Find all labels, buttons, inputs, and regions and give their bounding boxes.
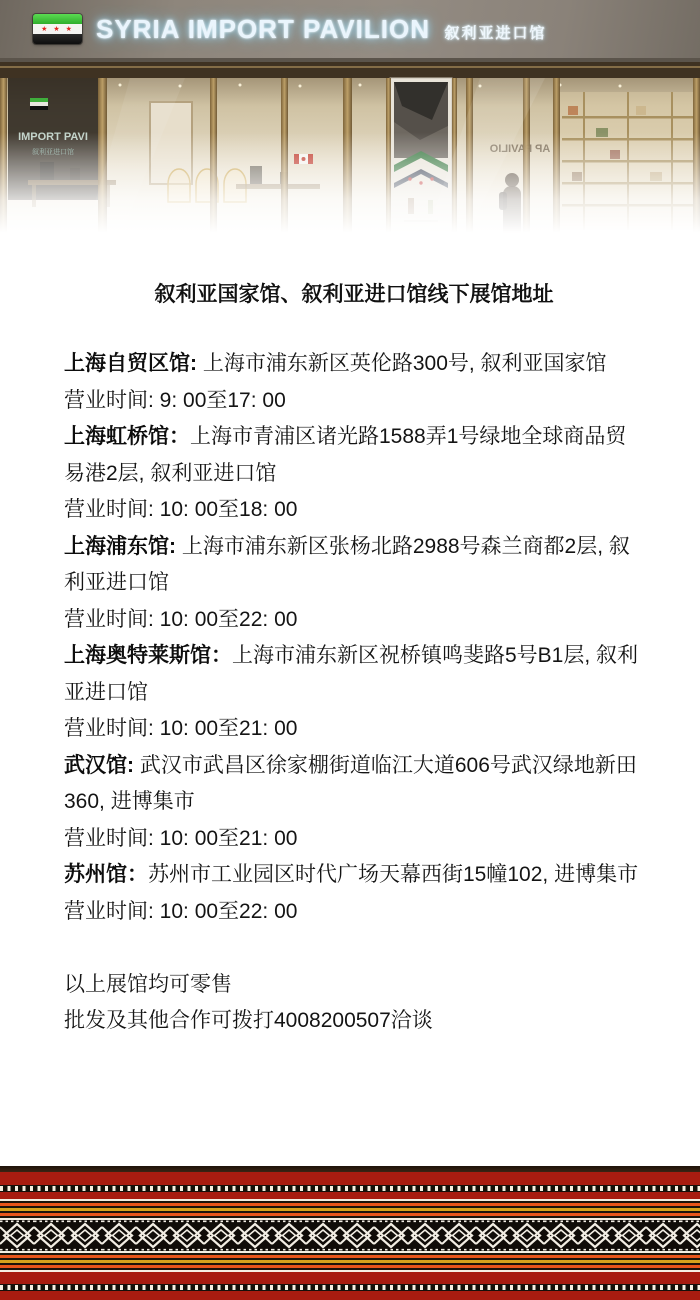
sadu-red-band: [0, 1291, 700, 1300]
venue-entry: 上海虹桥馆：上海市青浦区诸光路1588弄1号绿地全球商品贸易港2层, 叙利亚进口…: [64, 419, 644, 492]
venue-list: 上海自贸区馆: 上海市浦东新区英伦路300号, 叙利亚国家馆 营业时间: 9: …: [64, 346, 644, 930]
venue-entry: 上海奥特莱斯馆：上海市浦东新区祝桥镇鸣斐路5号B1层, 叙利亚进口馆: [64, 638, 644, 711]
venue-hours: 营业时间: 10: 00至21: 00: [64, 821, 644, 858]
venue-entry: 苏州馆：苏州市工业园区时代广场天幕西街15幢102, 进博集市: [64, 857, 644, 894]
sadu-diamond-band: [0, 1220, 700, 1251]
storefront-sign: ★ ★ ★ SYRIA IMPORT PAVILION 叙利亚进口馆: [0, 0, 700, 62]
venue-name: 苏州馆：: [64, 863, 148, 886]
venue-hours: 营业时间: 10: 00至18: 00: [64, 492, 644, 529]
page-title: 叙利亚国家馆、叙利亚进口馆线下展馆地址: [64, 276, 644, 313]
venue-entry: 上海自贸区馆: 上海市浦东新区英伦路300号, 叙利亚国家馆: [64, 346, 644, 383]
flag-stars: ★ ★ ★: [41, 26, 74, 33]
sadu-dot-row: [0, 1185, 700, 1192]
sadu-red-band: [0, 1192, 700, 1199]
retail-note: 以上展馆均可零售: [64, 967, 644, 1004]
sadu-red-band: [0, 1172, 700, 1185]
storefront-photo: IMPORT PAVI 叙利亚进口馆: [0, 62, 700, 238]
sadu-dot-row: [0, 1284, 700, 1291]
venue-address: 苏州市工业园区时代广场天幕西街15幢102, 进博集市: [148, 863, 638, 886]
sign-title-en: SYRIA IMPORT PAVILION: [96, 14, 430, 44]
spacer: [64, 930, 644, 967]
sign-title-zh: 叙利亚进口馆: [444, 25, 546, 42]
venue-name: 武汉馆:: [64, 754, 134, 777]
venue-hours: 营业时间: 10: 00至22: 00: [64, 894, 644, 931]
sign-text: SYRIA IMPORT PAVILION 叙利亚进口馆: [96, 14, 546, 45]
sadu-stripe-group: [0, 1199, 700, 1220]
venue-name: 上海浦东馆:: [64, 535, 176, 558]
venue-entry: 上海浦东馆: 上海市浦东新区张杨北路2988号森兰商都2层, 叙利亚进口馆: [64, 529, 644, 602]
venue-name: 上海奥特莱斯馆：: [64, 644, 232, 667]
address-list: 叙利亚国家馆、叙利亚进口馆线下展馆地址 上海自贸区馆: 上海市浦东新区英伦路30…: [0, 238, 700, 1040]
flag-white-stripe: ★ ★ ★: [33, 24, 82, 34]
flag-black-stripe: [33, 34, 82, 44]
venue-hours: 营业时间: 9: 00至17: 00: [64, 383, 644, 420]
venue-address: 上海市浦东新区英伦路300号, 叙利亚国家馆: [197, 352, 607, 375]
sadu-border: [0, 1166, 700, 1300]
sadu-stripe-group: [0, 1251, 700, 1272]
venue-hours: 营业时间: 10: 00至21: 00: [64, 711, 644, 748]
venue-name: 上海自贸区馆:: [64, 352, 197, 375]
flag-green-stripe: [33, 14, 82, 24]
venue-name: 上海虹桥馆：: [64, 425, 190, 448]
venue-hours: 营业时间: 10: 00至22: 00: [64, 602, 644, 639]
venue-entry: 武汉馆: 武汉市武昌区徐家棚街道临江大道606号武汉绿地新田360, 进博集市: [64, 748, 644, 821]
sadu-red-band: [0, 1272, 700, 1284]
wholesale-note: 批发及其他合作可拨打4008200507洽谈: [64, 1003, 644, 1040]
venue-address: 武汉市武昌区徐家棚街道临江大道606号武汉绿地新田360, 进博集市: [64, 754, 637, 814]
syria-flag-icon: ★ ★ ★: [33, 14, 82, 44]
